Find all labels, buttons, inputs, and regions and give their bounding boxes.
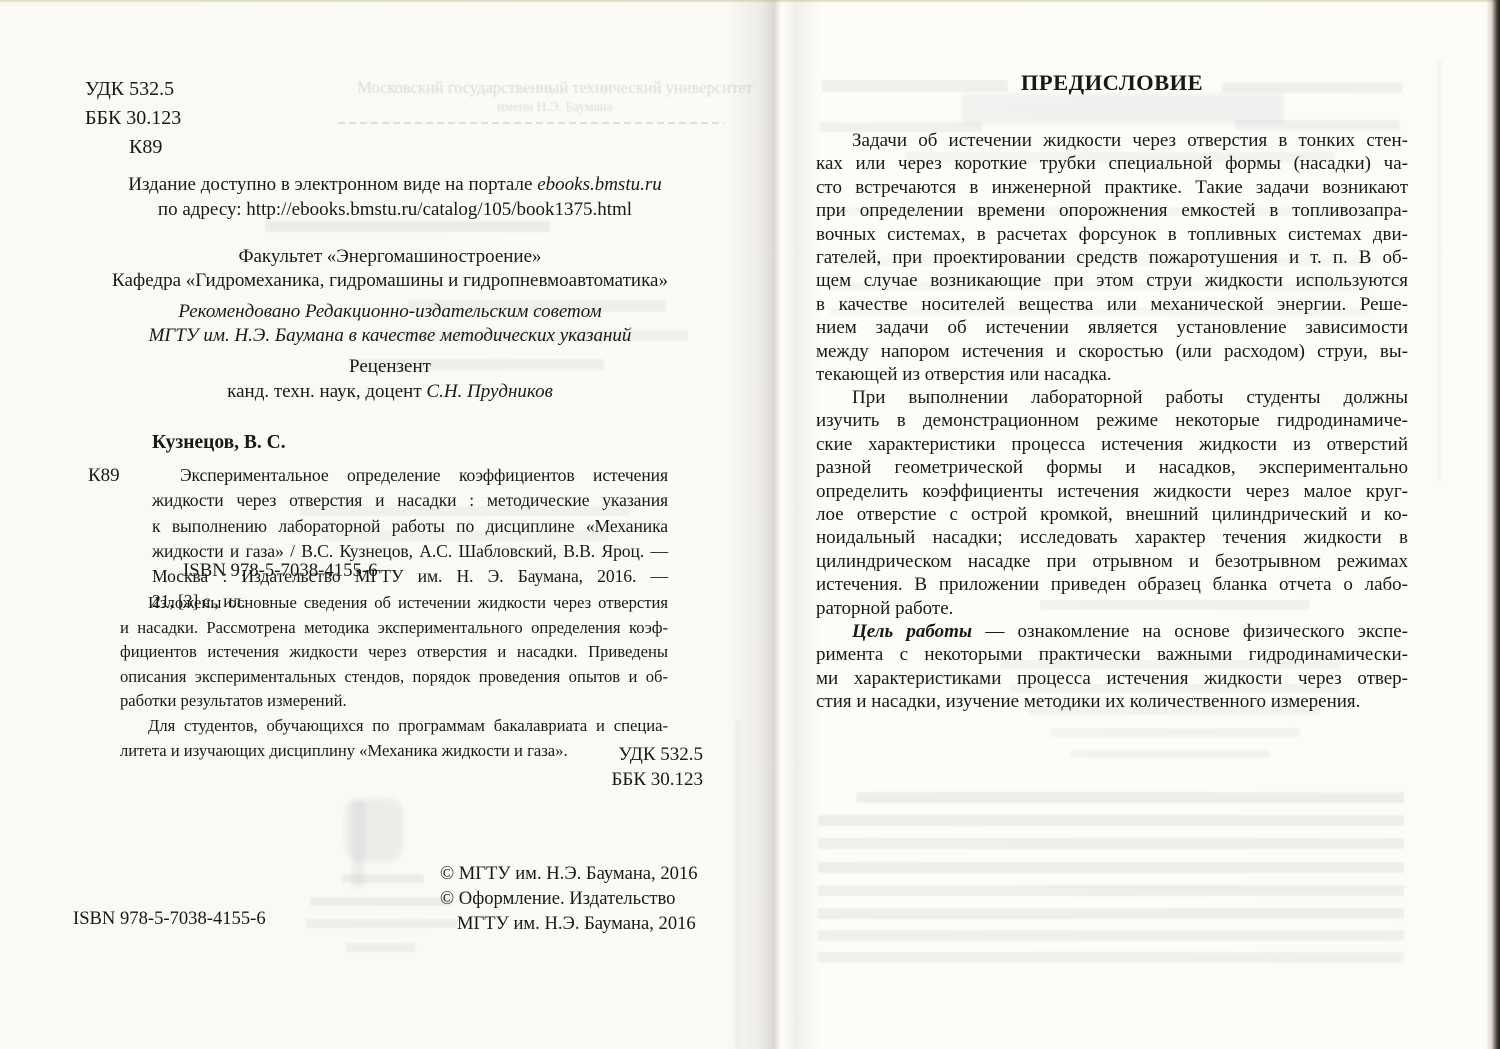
goal-rest-lines: римента с некоторыми практически важными…: [816, 643, 1408, 713]
text-line: щем случае возникающие при этом струи жи…: [816, 269, 1408, 292]
goal-lead: Цель работы: [852, 621, 972, 642]
reviewer-name: С.Н. Прудников: [426, 381, 552, 402]
catalog-code: К89: [129, 136, 162, 159]
bleed-through-artifact: [818, 885, 1404, 896]
goal-line-1: Цель работы — ознакомление на основе физ…: [816, 620, 1408, 643]
reviewer-line: канд. техн. наук, доцент С.Н. Прудников: [60, 381, 720, 403]
preface-paragraph-1: Задачи об истечении жидкости через отвер…: [816, 129, 1408, 386]
faculty-line: Факультет «Энергомашиностроение»: [60, 246, 720, 268]
text-line: гателей, при проектировании средств пожа…: [816, 246, 1408, 269]
bleed-through-artifact: [818, 815, 1404, 826]
isbn-bottom: ISBN 978-5-7038-4155-6: [73, 908, 266, 930]
bleed-through-artifact: [346, 943, 416, 952]
author-heading: Кузнецов, В. С.: [152, 432, 286, 454]
portal-name: ebooks.bmstu.ru: [537, 174, 662, 195]
bleed-through-artifact: [856, 792, 1404, 803]
text-line: и насадки. Рассмотрена методика эксперим…: [120, 616, 668, 641]
abstract-text: Изложены основные сведения об истечении …: [120, 591, 668, 714]
bleed-through-university-line2: имени Н.Э. Баумана: [340, 99, 770, 115]
bleed-through-artifact: [818, 908, 1404, 919]
text-line: истечения. В приложении приведен образец…: [816, 573, 1408, 596]
text-line: Задачи об истечении жидкости через отвер…: [816, 129, 1408, 152]
text-line: Экспериментальное определение коэффициен…: [152, 463, 668, 488]
department-line: Кафедра «Гидромеханика, гидромашины и ги…: [60, 270, 720, 292]
text-line: работки результатов измерений.: [120, 689, 668, 714]
bleed-through-artifact: [342, 874, 424, 883]
text-line: вочных системах, в расчетах форсунок в т…: [816, 223, 1408, 246]
text-line: Изложены основные сведения об истечении …: [120, 591, 668, 616]
text-line: текающей из отверстия или насадка.: [816, 363, 1408, 386]
text-line: римента с некоторыми практически важными…: [816, 643, 1408, 666]
text-line: к выполнению лабораторной работы по дисц…: [152, 514, 668, 539]
preface-title: ПРЕДИСЛОВИЕ: [816, 70, 1408, 96]
text-line: разной геометрической формы и насадков, …: [816, 456, 1408, 479]
preface-paragraph-3: Цель работы — ознакомление на основе физ…: [816, 620, 1408, 714]
text-line: ми характеристиками процесса истечения ж…: [816, 667, 1408, 690]
page-gutter-shadow: [724, 0, 820, 1049]
isbn-mid: ISBN 978-5-7038-4155-6: [183, 560, 378, 582]
copyright-block: © МГТУ им. Н.Э. Баумана, 2016 © Оформлен…: [440, 862, 698, 936]
udk-code-bottom: УДК 532.5: [400, 744, 703, 766]
text-line: в качестве носителей вещества или механи…: [816, 293, 1408, 316]
bbk-code-bottom: ББК 30.123: [400, 769, 703, 791]
book-scan: Московский государственный технический у…: [0, 0, 1500, 1049]
recommendation-note: Рекомендовано Редакционно-издательским с…: [60, 300, 720, 348]
text-line: Для студентов, обучающихся по программам…: [120, 714, 668, 739]
text-line: ноидальный насадки; исследовать характер…: [816, 526, 1408, 549]
text-line: нием задачи об истечении является устано…: [816, 316, 1408, 339]
text-line: определить коэффициенты истечения жидкос…: [816, 480, 1408, 503]
bleed-through-artifact: [306, 919, 458, 928]
imprint-page: Московский государственный технический у…: [0, 0, 724, 1049]
bleed-through-artifact: [1070, 750, 1270, 758]
text-line: изучить в демонстрационном режиме некото…: [816, 409, 1408, 432]
bleed-through-artifact: [818, 862, 1404, 873]
udk-code: УДК 532.5: [85, 78, 174, 101]
text-line: раторной работе.: [816, 597, 1408, 620]
recommendation-line-1: Рекомендовано Редакционно-издательским с…: [60, 300, 720, 324]
bleed-through-artifact: [818, 930, 1404, 941]
text-line: При выполнении лабораторной работы студе…: [816, 386, 1408, 409]
edition-line-2: по адресу: http://ebooks.bmstu.ru/catalo…: [85, 197, 705, 222]
bleed-through-artifact: [310, 897, 452, 906]
text-line: фициентов истечения жидкости через отвер…: [120, 640, 668, 665]
page-stack-edge: [1486, 0, 1500, 1049]
text-line: стия и насадки, изучение методики их кол…: [816, 690, 1408, 713]
bleed-through-artifact: [265, 221, 550, 232]
reviewer-label: Рецензент: [60, 356, 720, 378]
bleed-through-artifact: [818, 952, 1404, 963]
text-line: между напором истечения и скоростью (или…: [816, 340, 1408, 363]
copyright-line-3: МГТУ им. Н.Э. Баумана, 2016: [440, 912, 698, 937]
catalog-code-margin: К89: [88, 465, 120, 487]
bleed-through-rule: [338, 122, 724, 124]
preface-page: ПРЕДИСЛОВИЕ Задачи об истечении жидкости…: [790, 0, 1500, 1049]
text-line: описания экспериментальных стендов, поря…: [120, 665, 668, 690]
text-line: сто встречаются в инженерной практике. Т…: [816, 176, 1408, 199]
bleed-through-artifact: [1050, 728, 1300, 737]
bbk-code: ББК 30.123: [85, 107, 181, 130]
scan-top-edge: [0, 0, 1500, 3]
copyright-line-1: © МГТУ им. Н.Э. Баумана, 2016: [440, 862, 698, 887]
bleed-through-university-line: Московский государственный технический у…: [340, 78, 770, 98]
bleed-through-artifact: [818, 838, 1404, 849]
edition-line-1: Издание доступно в электронном виде на п…: [85, 172, 705, 197]
edition-availability: Издание доступно в электронном виде на п…: [85, 172, 705, 222]
recommendation-line-2: МГТУ им. Н.Э. Баумана в качестве методич…: [60, 324, 720, 348]
text-line: цилиндрическом насадке при отрывном и бе…: [816, 550, 1408, 573]
text-line: лое отверстие с острой кромкой, внешний …: [816, 503, 1408, 526]
text-line: жидкости через отверстия и насадки : мет…: [152, 488, 668, 513]
page-crease: [1438, 60, 1441, 480]
text-line: ские характеристики процесса истечения ж…: [816, 433, 1408, 456]
copyright-line-2: © Оформление. Издательство: [440, 887, 698, 912]
text-line: ках или через короткие трубки специально…: [816, 152, 1408, 175]
text-line: при определении времени опорожнения емко…: [816, 199, 1408, 222]
preface-paragraph-2: При выполнении лабораторной работы студе…: [816, 386, 1408, 620]
